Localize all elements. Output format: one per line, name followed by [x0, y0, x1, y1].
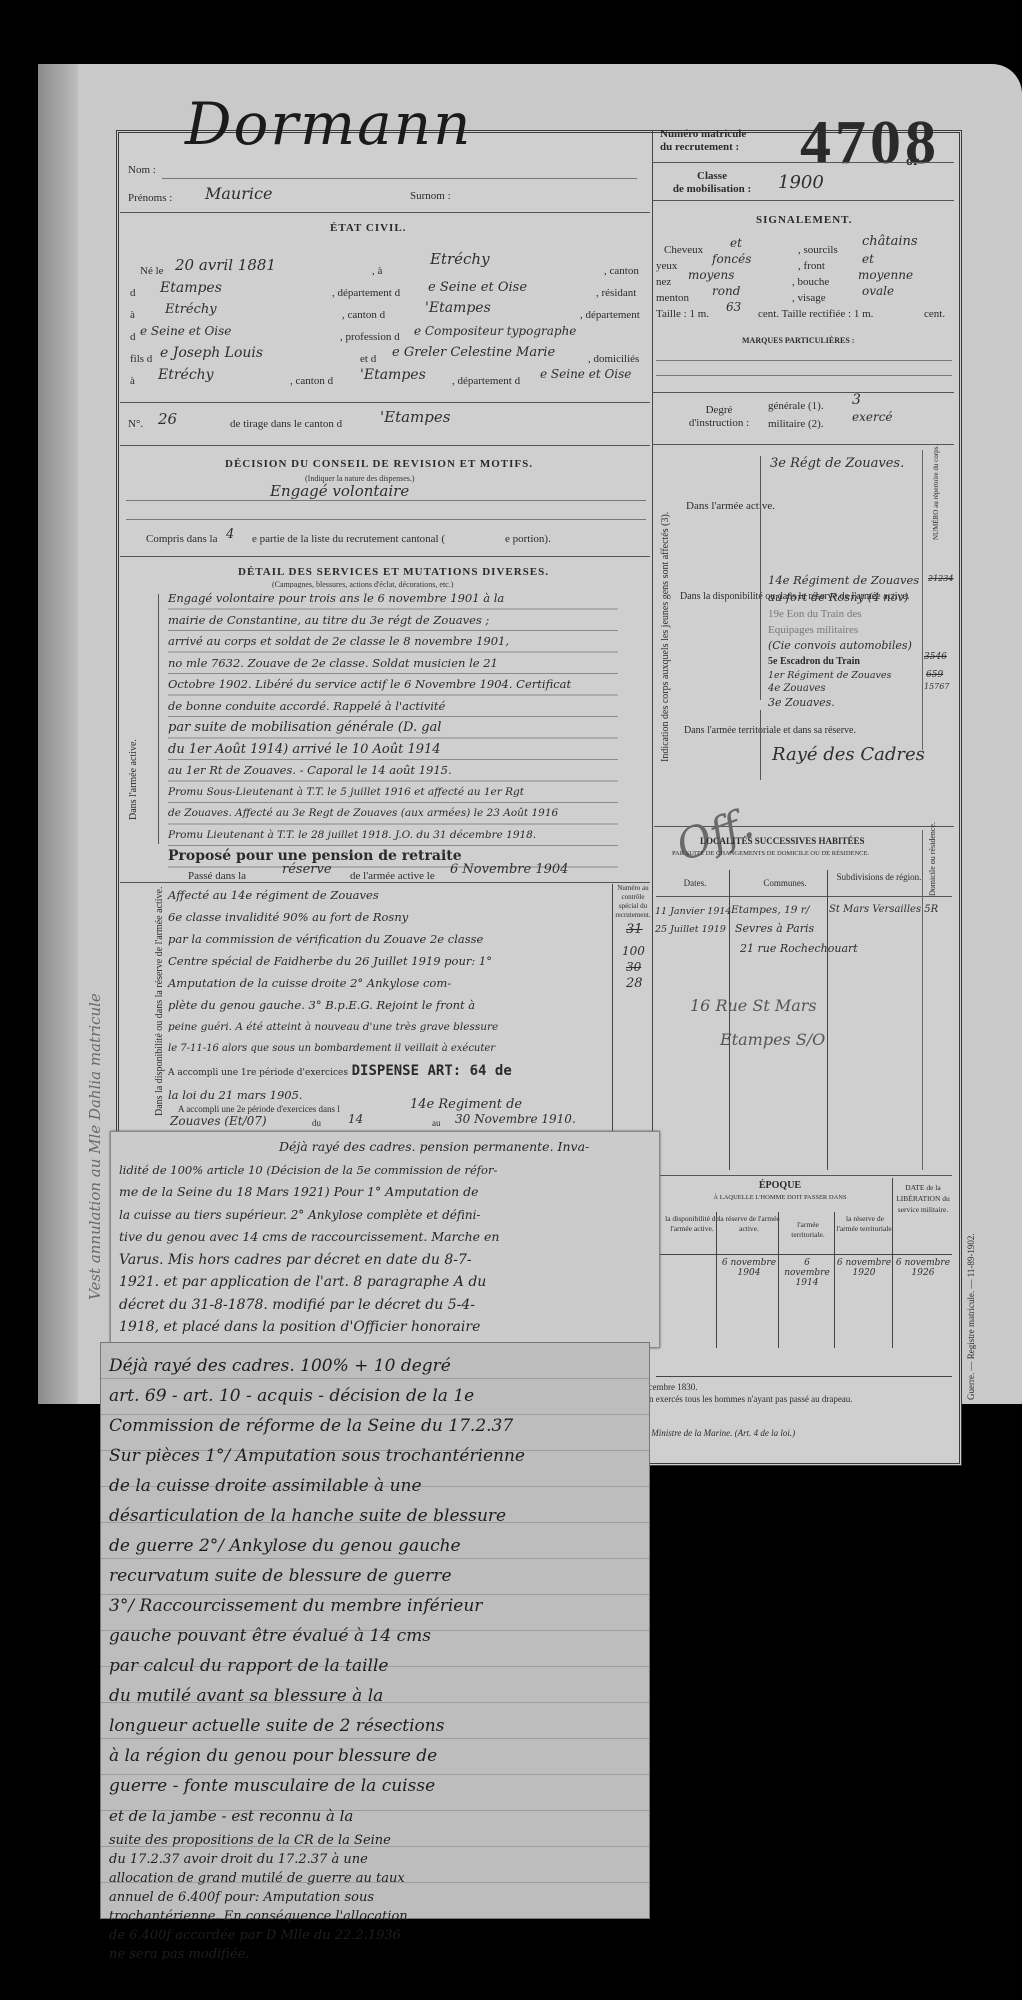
canton-label: , canton — [604, 265, 639, 277]
footnote-3: du Ministre de la Marine. (Art. 4 de la … — [640, 1428, 795, 1438]
mother-name: e Greler Celestine Marie — [392, 345, 555, 360]
column-divider — [922, 830, 923, 1170]
cheveux-label: Cheveux — [664, 244, 703, 256]
tirage-label: de tirage dans le canton d — [230, 418, 342, 430]
divider — [656, 1376, 952, 1377]
residence-canton-label: , canton d — [342, 309, 385, 321]
services-heading: DÉTAIL DES SERVICES ET MUTATIONS DIVERSE… — [238, 566, 549, 578]
margin-pencil-note: Vest annulation au Mle Dahlia matricule — [86, 993, 104, 1300]
menton-label: menton — [656, 292, 689, 304]
periode2-label: A accompli une 2e période d'exercices da… — [178, 1104, 340, 1114]
visage-value: ovale — [862, 284, 894, 298]
column-divider — [827, 870, 828, 1170]
slip2-text: Déjà rayé des cadres. 100% + 10 degré ar… — [109, 1351, 639, 1964]
birth-place: Etréchy — [430, 250, 490, 268]
reserve-unit: 1er Régiment de Zouaves — [768, 669, 928, 682]
divider — [120, 402, 650, 403]
matricule-label: Numéro matriculedu recrutement : — [660, 128, 746, 154]
decision-heading: DÉCISION DU CONSEIL DE REVISION ET MOTIF… — [225, 458, 533, 470]
column-divider — [612, 884, 613, 1134]
residence-departement-label: , département — [580, 309, 640, 321]
signalement-heading: SIGNALEMENT. — [756, 214, 852, 226]
domicile: Etréchy — [158, 367, 214, 383]
localites-heading: LOCALITÉS SUCCESSIVES HABITÉES — [700, 836, 865, 846]
taille-label: Taille : 1 m. — [656, 308, 709, 320]
localite-commune: Sevres à Paris — [735, 922, 814, 935]
service-line: Engagé volontaire pour trois ans le 6 no… — [168, 588, 618, 610]
instruction-label: Degréd'instruction : — [674, 404, 764, 430]
repertoire-number: 659 — [926, 670, 943, 680]
controle-value: 28 — [626, 976, 643, 991]
et-de-label: et d — [360, 353, 376, 365]
departement-label: , département d — [332, 287, 400, 299]
dispense-stamp: DISPENSE ART: 64 de — [352, 1063, 512, 1079]
slip2-line: longueur actuelle suite de 2 résections — [109, 1711, 639, 1741]
service-line: Octobre 1902. Libéré du service actif le… — [168, 674, 618, 696]
line — [656, 360, 952, 361]
matricule-label-2: du recrutement : — [660, 141, 739, 153]
localite-commune: 16 Rue St Mars — [690, 996, 817, 1015]
repertoire-number: 15767 — [924, 682, 949, 691]
column-divider — [892, 1178, 893, 1348]
epoque-heading: ÉPOQUE — [700, 1180, 860, 1191]
affect-line: 6e classe invalidité 90% au fort de Rosn… — [168, 906, 608, 928]
service-line: au 1er Rt de Zouaves. - Caporal le 14 ao… — [168, 760, 618, 782]
reserve-unit: 19e Eon du Train des — [768, 606, 928, 622]
page-binding-shadow — [38, 64, 78, 1404]
divider — [652, 162, 954, 163]
col-communes: Communes. — [740, 878, 830, 889]
divider — [656, 1254, 952, 1255]
slip2-line: du mutilé avant sa blessure à la — [109, 1681, 639, 1711]
slip2-line: désarticulation de la hanche suite de bl… — [109, 1501, 639, 1531]
epoque-value: 6 novembre 1904 — [720, 1258, 778, 1278]
reserve-unit: 14e Régiment de Zouaves — [768, 572, 928, 589]
residence-departement: e Seine et Oise — [140, 324, 231, 338]
slip2-line: de la cuisse droite assimilable à une — [109, 1471, 639, 1501]
surname-calligraphy: Dormann — [185, 90, 472, 158]
slip2-line: de guerre 2°/ Ankylose du genou gauche — [109, 1531, 639, 1561]
slip2-line: ne sera pas modifiée. — [109, 1945, 639, 1964]
yeux-label: yeux — [656, 260, 677, 272]
reserve-unit: Equipages militaires — [768, 622, 928, 638]
epoque-col: la réserve de l'armée active. — [718, 1214, 780, 1233]
slip2-line: Sur pièces 1°/ Amputation sous trochanté… — [109, 1441, 639, 1471]
disponibilite-side-label: Dans la disponibilité ou dans la réserve… — [154, 887, 166, 1117]
slip1-text: Déjà rayé des cadres. pension permanente… — [119, 1136, 649, 1361]
column-divider — [778, 1212, 779, 1348]
canton-d-label: d — [130, 287, 136, 299]
epoque-col: l'armée territoriale. — [780, 1220, 836, 1239]
slip1-line: me de la Seine du 18 Mars 1921) Pour 1° … — [119, 1181, 649, 1204]
slip2-line: trochantérienne. En conséquence l'alloca… — [109, 1907, 639, 1926]
slip2-line: et de la jambe - est reconnu à la — [109, 1801, 639, 1831]
passe-value: réserve — [282, 862, 332, 877]
localite-commune: Etampes, 19 r/ — [731, 904, 809, 916]
affect-line: Amputation de la cuisse droite 2° Ankylo… — [168, 972, 608, 994]
localite-subdivision: St Mars Versailles 5R — [829, 904, 938, 915]
militaire-value: exercé — [852, 410, 893, 424]
slip2-line: annuel de 6.400f pour: Amputation sous — [109, 1888, 639, 1907]
loi-reference: la loi du 21 mars 1905. — [168, 1084, 608, 1106]
slip2-line: recurvatum suite de blessure de guerre — [109, 1561, 639, 1591]
controle-value: 30 — [626, 960, 641, 974]
classe-label-1: Classe — [697, 170, 727, 182]
residence-departement-d-label: d — [130, 331, 136, 343]
slip2-line: art. 69 - art. 10 - acquis - décision de… — [109, 1381, 639, 1411]
liberation-value: 6 novembre 1926 — [894, 1258, 952, 1278]
front-value: et — [862, 252, 874, 266]
affect-line: Centre spécial de Faidherbe du 26 Juille… — [168, 950, 608, 972]
epoque-value: 6 novembre 1920 — [836, 1258, 892, 1278]
bracket — [760, 570, 761, 700]
pasted-slip-2: Déjà rayé des cadres. 100% + 10 degré ar… — [100, 1342, 650, 1919]
decision-value: Engagé volontaire — [270, 482, 409, 500]
slip1-line: tive du genou avec 14 cms de raccourciss… — [119, 1226, 649, 1249]
service-line: arrivé au corps et soldat de 2e classe l… — [168, 631, 618, 653]
epoque-subheading: À LAQUELLE L'HOMME DOIT PASSER DANS — [680, 1194, 880, 1201]
nez-label: nez — [656, 276, 671, 288]
instruction-label-2: d'instruction : — [689, 417, 749, 429]
divider — [652, 444, 954, 445]
front-label: , front — [798, 260, 825, 272]
printer-reference: Guerre. — Registre matricule. — 11-89-19… — [966, 1233, 976, 1400]
portion-label: e portion). — [505, 533, 551, 545]
liberation-heading: DATE de la LIBÉRATION du service militai… — [894, 1182, 952, 1215]
profession: e Compositeur typographe — [414, 324, 576, 338]
repertoire-number: 3546 — [924, 652, 947, 662]
divider — [120, 212, 650, 213]
classe-value: 1900 — [778, 172, 824, 193]
tirage-number: 26 — [158, 410, 177, 428]
armee-active-side-label: Dans l'armée active. — [128, 739, 139, 820]
slip2-line: gauche pouvant être évalué à 14 cms — [109, 1621, 639, 1651]
du-value: 14 — [348, 1112, 363, 1126]
au-value: 30 Novembre 1910. — [455, 1112, 576, 1126]
ne-le-label: Né le — [140, 265, 164, 277]
service-line: no mle 7632. Zouave de 2e classe. Soldat… — [168, 653, 618, 675]
services-text: Engagé volontaire pour trois ans le 6 no… — [168, 588, 618, 868]
affect-line: le 7-11-16 alors que sous un bombardemen… — [168, 1038, 608, 1060]
a-label: , à — [372, 265, 382, 277]
profession-label: , profession d — [340, 331, 400, 343]
corps-side-label: Indication des corps auxquels les jeunes… — [660, 512, 671, 762]
periode1-label: A accompli une 1re période d'exercices — [168, 1068, 348, 1078]
residence-a-label: à — [130, 309, 135, 321]
menton-value: rond — [712, 284, 740, 298]
service-line: Promu Sous-Lieutenant à T.T. le 5 juille… — [168, 782, 618, 804]
armee-active-label: Dans l'armée active. — [686, 500, 756, 513]
divider — [120, 556, 650, 557]
domicile-residence-label: Domicile ou résidence. — [928, 822, 937, 896]
column-divider — [834, 1212, 835, 1348]
slip2-line: par calcul du rapport de la taille — [109, 1651, 639, 1681]
divider — [120, 445, 650, 446]
classe-label-2: de mobilisation : — [673, 183, 751, 195]
tirage-no-label: N°. — [128, 418, 143, 430]
affect-line: Affecté au 14e régiment de Zouaves — [168, 884, 608, 906]
divider — [656, 1175, 952, 1176]
generale-value: 3 — [852, 392, 861, 408]
slip2-line: allocation de grand mutilé de guerre au … — [109, 1869, 639, 1888]
service-line: de Zouaves. Affecté au 3e Regt de Zouave… — [168, 803, 618, 825]
taille-rectifiee-label: cent. Taille rectifiée : 1 m. — [758, 308, 873, 320]
service-line: par suite de mobilisation générale (D. g… — [168, 717, 618, 739]
epoque-col: la disponibilité de l'armée active. — [660, 1214, 724, 1233]
slip1-line: la cuisse au tiers supérieur. 2° Ankylos… — [119, 1204, 649, 1227]
nom-line — [162, 178, 637, 179]
armee-active-value: 3e Régt de Zouaves. — [770, 456, 904, 471]
reserve-units: 14e Régiment de Zouaves au fort de Rosny… — [768, 572, 928, 711]
slip1-line: Déjà rayé des cadres. pension permanente… — [119, 1136, 649, 1159]
disponibilite-text: Affecté au 14e régiment de Zouaves 6e cl… — [168, 884, 608, 1106]
periode2-unit: 14e Regiment de — [410, 1097, 522, 1112]
slip2-line: 3°/ Raccourcissement du membre inférieur — [109, 1591, 639, 1621]
affect-line: plète du genou gauche. 3° B.p.E.G. Rejoi… — [168, 994, 608, 1016]
slip2-line: Commission de réforme de la Seine du 17.… — [109, 1411, 639, 1441]
surnom-label: Surnom : — [410, 190, 451, 202]
taille-value: 63 — [726, 300, 741, 314]
service-line: de bonne conduite accordé. Rappelé à l'a… — [168, 696, 618, 718]
domicilies-label: , domiciliés — [588, 353, 639, 365]
localite-commune: Etampes S/O — [720, 1030, 825, 1049]
marques-heading: MARQUES PARTICULIÈRES : — [742, 336, 854, 345]
tirage-canton: 'Etampes — [380, 408, 450, 426]
service-line: du 1er Août 1914) arrivé le 10 Août 1914 — [168, 739, 618, 761]
localites-subheading: PAR SUITE DE CHANGEMENTS DE DOMICILE OU … — [672, 850, 869, 857]
line — [126, 519, 646, 520]
fils-label: fils d — [130, 353, 152, 365]
sourcils-value: châtains — [862, 234, 918, 249]
territoriale-label: Dans l'armée territoriale et dans sa rés… — [684, 724, 760, 737]
generale-label: générale (1). — [768, 400, 824, 412]
visage-label: , visage — [792, 292, 826, 304]
reserve-unit: 3e Zouaves. — [768, 695, 928, 711]
residence: Etréchy — [165, 302, 217, 317]
reserve-unit: au fort de Rosny (4 nov) — [768, 589, 928, 606]
birth-departement: e Seine et Oise — [428, 280, 527, 295]
controle-value: 100 — [622, 944, 645, 958]
slip2-line: à la région du genou pour blessure de — [109, 1741, 639, 1771]
bouche-value: moyenne — [858, 268, 913, 282]
cent-label: cent. — [924, 308, 945, 320]
localite-date: 25 Juillet 1919 — [655, 924, 726, 935]
birth-canton: Etampes — [160, 280, 222, 296]
service-line: mairie de Constantine, au titre du 3e ré… — [168, 610, 618, 632]
au-label: au — [432, 1118, 441, 1128]
column-divider — [716, 1212, 717, 1348]
nom-label: Nom : — [128, 164, 156, 176]
bouche-label: , bouche — [792, 276, 829, 288]
slip2-line: du 17.2.37 avoir droit du 17.2.37 à une — [109, 1850, 639, 1869]
divider — [120, 882, 650, 883]
reserve-unit: (Cie convois automobiles) — [768, 638, 928, 654]
controle-value: 31 — [626, 922, 643, 937]
divider — [652, 200, 954, 201]
compris-label: Compris dans la — [146, 533, 218, 545]
domicile-canton: 'Etampes — [360, 367, 426, 383]
numero-controle-header: Numéro au contrôle spécial du recrutemen… — [614, 884, 652, 920]
reserve-unit: 4e Zouaves — [768, 682, 928, 695]
pasted-slip-1: Déjà rayé des cadres. pension permanente… — [110, 1131, 660, 1348]
compris-label-end: e partie de la liste du recrutement cant… — [252, 533, 445, 545]
reserve-label: Dans la disponibilité ou dans la réserve… — [680, 590, 760, 603]
instruction-label-1: Degré — [706, 404, 733, 416]
domicile-departement: e Seine et Oise — [540, 367, 631, 381]
father-name: e Joseph Louis — [160, 345, 263, 361]
prenoms-value: Maurice — [205, 184, 272, 203]
divider — [656, 896, 952, 897]
slip1-line: lidité de 100% article 10 (Décision de l… — [119, 1159, 649, 1182]
prenoms-label: Prénoms : — [128, 192, 172, 204]
slip2-line: suite des propositions de la CR de la Se… — [109, 1831, 639, 1850]
classe-label: Classede mobilisation : — [662, 170, 762, 196]
domicile-canton-label: , canton d — [290, 375, 333, 387]
residence-canton: 'Etampes — [425, 300, 491, 316]
slip2-line: de 6.400f accordée par D Mlle du 22.2.19… — [109, 1926, 639, 1945]
localite-date: 11 Janvier 1914 — [655, 906, 731, 917]
epoque-value: 6 novembre 1914 — [780, 1258, 834, 1288]
domicile-a-label: à — [130, 375, 135, 387]
divider — [652, 392, 954, 393]
yeux-value: foncés — [712, 252, 751, 266]
du-label: du — [312, 1118, 321, 1128]
periode2-unit-2: Zouaves (Et/07) — [170, 1114, 267, 1128]
passe-label: Passé dans la — [188, 870, 246, 882]
repertoire-number: 21234 — [928, 574, 953, 583]
footnote-2: non exercés tous les hommes n'ayant pas … — [640, 1394, 853, 1404]
passe-label-2: de l'armée active le — [350, 870, 435, 882]
militaire-label: militaire (2). — [768, 418, 824, 430]
passe-date: 6 Novembre 1904 — [450, 862, 568, 877]
nez-value: moyens — [688, 268, 734, 282]
matricule-label-1: Numéro matricule — [660, 128, 746, 140]
slip1-line: Varus. Mis hors cadres par décret en dat… — [119, 1249, 649, 1272]
bracket — [158, 594, 159, 844]
cheveux-value: et — [730, 236, 742, 250]
affect-line: peine guéri. A été atteint à nouveau d'u… — [168, 1016, 608, 1038]
etat-civil-heading: ÉTAT CIVIL. — [330, 222, 406, 234]
line — [126, 500, 646, 501]
slip1-line: 1921. et par application de l'art. 8 par… — [119, 1271, 649, 1294]
reserve-unit: 5e Escadron du Train — [768, 654, 928, 669]
slip1-line: 1918, et placé dans la position d'Offici… — [119, 1316, 649, 1339]
affect-line: par la commission de vérification du Zou… — [168, 928, 608, 950]
epoque-col: la réserve de l'armée territoriale. — [836, 1214, 894, 1233]
line — [656, 375, 952, 376]
slip2-line: guerre - fonte musculaire de la cuisse — [109, 1771, 639, 1801]
sourcils-label: , sourcils — [798, 244, 838, 256]
territoriale-value: Rayé des Cadres — [772, 744, 925, 765]
slip1-line: décret du 31-8-1878. modifié par le décr… — [119, 1294, 649, 1317]
repertoire-label: NUMÉRO au répertoire du corps. — [932, 445, 940, 540]
service-line: Promu Lieutenant à T.T. le 28 juillet 19… — [168, 825, 618, 847]
slip2-line: Déjà rayé des cadres. 100% + 10 degré — [109, 1351, 639, 1381]
col-dates: Dates. — [660, 878, 730, 889]
compris-partie: 4 — [226, 527, 234, 542]
bracket — [760, 710, 761, 780]
localite-commune: 21 rue Rochechouart — [740, 942, 858, 955]
col-subdivisions: Subdivisions de région. — [836, 872, 922, 883]
domicile-departement-label: , département d — [452, 375, 520, 387]
residant-label: , résidant — [596, 287, 636, 299]
birth-date: 20 avril 1881 — [175, 256, 276, 274]
